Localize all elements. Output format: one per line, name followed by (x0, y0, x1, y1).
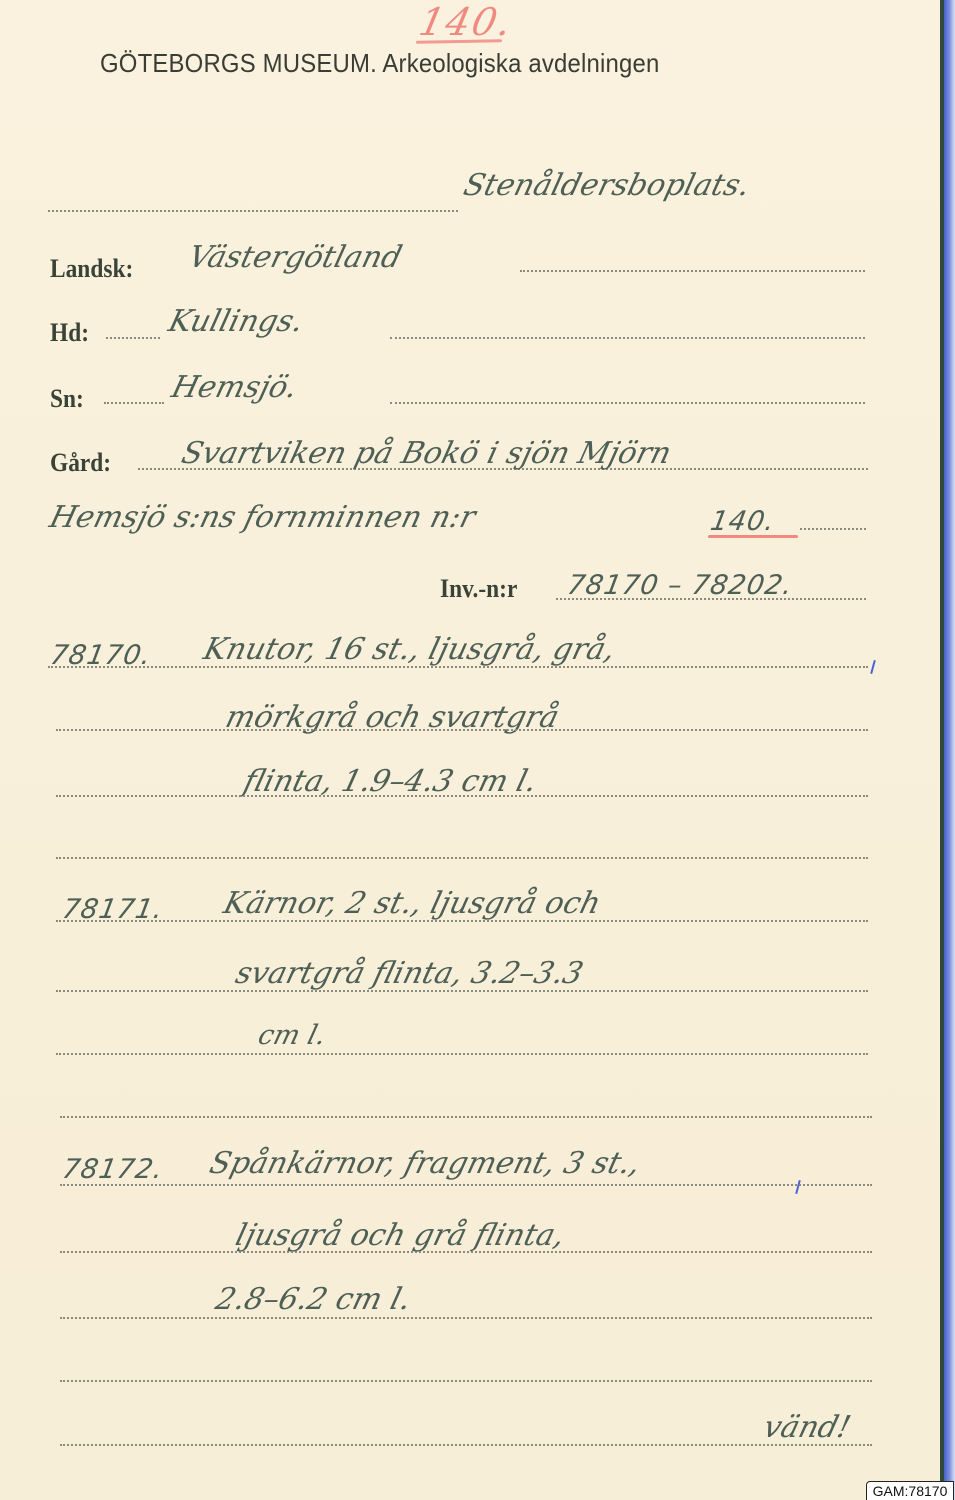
value-harad: Kullings. (165, 304, 307, 339)
dotted-line (48, 210, 458, 212)
entry-number: 78172. (60, 1154, 166, 1185)
label-gard: Gård: (50, 448, 111, 478)
label-landskap: Landsk: (50, 254, 133, 284)
dotted-line (106, 337, 160, 339)
dotted-line (56, 729, 868, 731)
dotted-line (60, 1444, 872, 1446)
dotted-line (56, 1053, 868, 1055)
category-text: Stenåldersboplats. (460, 168, 754, 203)
fornminne-number: 140. (708, 506, 778, 537)
value-gard-line2: Hemsjö s:ns fornminnen n:r (46, 500, 479, 535)
blue-mark (795, 1180, 801, 1194)
entry-line: ljusgrå och grå flinta, (232, 1218, 568, 1253)
entry-line: 2.8–6.2 cm l. (212, 1282, 415, 1317)
catalog-id-stamp: GAM:78170 (866, 1481, 954, 1500)
dotted-line (104, 402, 164, 404)
dotted-line (56, 857, 868, 859)
dotted-line (60, 1251, 872, 1253)
entry-line: cm l. (255, 1020, 329, 1051)
dotted-line (390, 402, 865, 404)
label-socken: Sn: (50, 384, 84, 414)
label-harad: Hd: (50, 318, 89, 348)
dotted-line (520, 270, 865, 272)
dotted-line (56, 795, 868, 797)
value-inventory: 78170 – 78202. (565, 570, 795, 601)
entry-line: svartgrå flinta, 3.2–3.3 (232, 956, 587, 991)
red-underline (708, 535, 798, 538)
dotted-line (800, 528, 866, 530)
label-inventory: Inv.-n:r (440, 574, 517, 604)
entry-line: Kärnor, 2 st., ljusgrå och (220, 886, 604, 921)
dotted-line (60, 1317, 872, 1319)
dotted-line (556, 598, 866, 600)
dotted-line (60, 1116, 872, 1118)
dotted-line (60, 1184, 872, 1186)
value-socken: Hemsjö. (168, 370, 301, 405)
catalog-card: 140. GÖTEBORGS MUSEUM. Arkeologiska avde… (0, 0, 940, 1500)
value-gard-line1: Svartviken på Bokö i sjön Mjörn (178, 436, 675, 471)
dotted-line (60, 1380, 872, 1382)
dotted-line (390, 337, 865, 339)
entry-line: flinta, 1.9–4.3 cm l. (240, 764, 541, 799)
dotted-line (56, 990, 868, 992)
folio-number: 140. (415, 0, 517, 44)
value-landskap: Västergötland (185, 240, 405, 275)
entry-line: Spånkärnor, fragment, 3 st., (206, 1146, 644, 1181)
background-edge (944, 0, 955, 1500)
dotted-line (56, 920, 868, 922)
footer-note: vänd! (760, 1410, 854, 1445)
entry-line: Knutor, 16 st., ljusgrå, grå, (200, 632, 619, 667)
dotted-line (48, 666, 868, 668)
blue-mark (870, 660, 876, 674)
museum-header: GÖTEBORGS MUSEUM. Arkeologiska avdelning… (100, 48, 659, 79)
